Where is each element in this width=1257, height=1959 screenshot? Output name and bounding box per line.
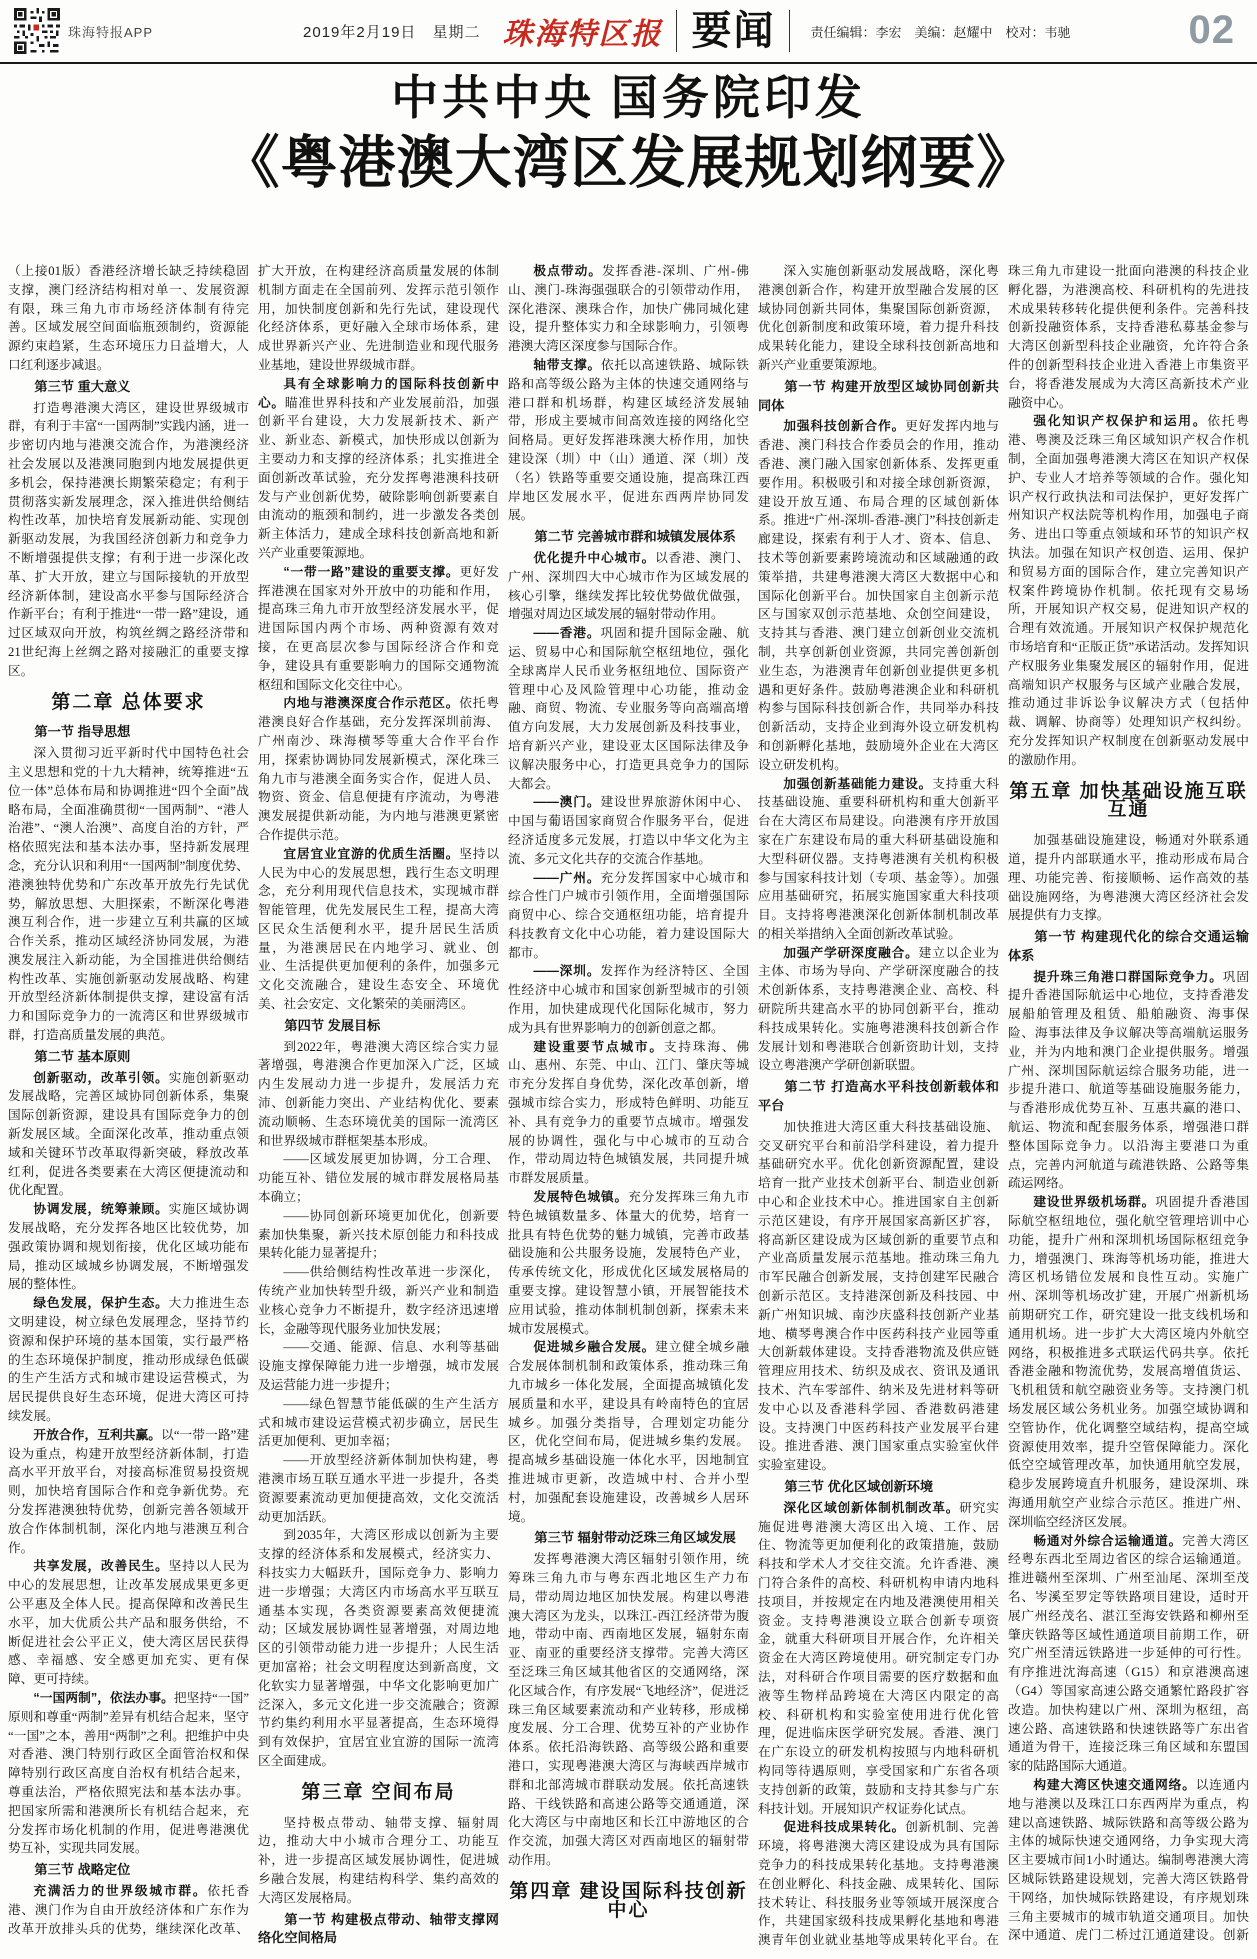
paragraph: ——澳门。建设世界旅游休闲中心、中国与葡语国家商贸合作服务平台，促进经济适度多元… [508,793,749,868]
paragraph: “一国两制”，依法办事。把坚持“一国”原则和尊重“两制”差异有机结合起来，坚守“… [8,1689,249,1858]
paragraph-lead: 协调发展，统筹兼顾。 [33,1202,168,1216]
paragraph-lead: 充满活力的世界级城市群。 [33,1884,207,1898]
paragraph: “一带一路”建设的重要支撑。更好发挥港澳在国家对外开放中的功能和作用，提高珠三角… [258,563,499,695]
paragraph-lead: 共享发展，改善民生。 [33,1559,168,1573]
section-heading: 第一节 构建现代化的综合交通运输体系 [1008,928,1249,966]
paragraph-lead: 强化知识产权保护和运用。 [1033,414,1207,428]
paragraph: 优化提升中心城市。以香港、澳门、广州、深圳四大中心城市作为区域发展的核心引擎，继… [508,549,749,624]
editors-credit: 责任编辑：李宏 美编：赵耀中 校对：韦驰 [810,22,1070,41]
paragraph-lead: ——澳门。 [533,795,600,809]
paragraph: （上接01版）香港经济增长缺乏持续稳固支撑，澳门经济结构相对单一、发展资源有限，… [8,262,249,375]
headline-line2: 《粤港澳大湾区发展规划纲要》 [0,130,1257,198]
section-heading: 第一节 指导思想 [8,723,249,742]
masthead: 珠海特报APP 2019年2月19日 星期二 珠海特区报 要闻 责任编辑：李宏 … [0,0,1257,64]
paragraph: 内地与港澳深度合作示范区。依托粤港澳良好合作基础，充分发挥深圳前海、广州南沙、珠… [258,694,499,844]
paragraph: 加快推进大湾区重大科技基础设施、交叉研究平台和前沿学科建设，着力提升基础研究水平… [758,1118,999,1475]
page-number: 02 [1189,8,1236,53]
paragraph: 共享发展，改善民生。坚持以人民为中心的发展思想，让改革发展成果更多更公平惠及全体… [8,1557,249,1689]
paragraph-lead: 促进城乡融合发展。 [533,1340,655,1354]
paragraph-lead: 轴带支撑。 [533,358,601,372]
paragraph: 建设世界级机场群。巩固提升香港国际航空枢纽地位，强化航空管理培训中心功能，提升广… [1008,1193,1249,1531]
paragraph: 发展特色城镇。充分发挥珠三角九市特色城镇数量多、体量大的优势，培育一批具有特色优… [508,1188,749,1338]
paragraph: 打造粤港澳大湾区，建设世界级城市群，有利于丰富“一国两制”实践内涵，进一步密切内… [8,399,249,681]
paragraph-lead: 创新驱动，改革引领。 [33,1071,168,1085]
section-heading: 第三节 辐射带动泛珠三角区域发展 [508,1529,749,1548]
paragraph: ——绿色智慧节能低碳的生产生活方式和城市建设运营模式初步确立，居民生活更加便利、… [258,1395,499,1451]
app-label: 珠海特报APP [68,22,153,41]
paragraph: ——广州。充分发挥国家中心城市和综合性门户城市引领作用，全面增强国际商贸中心、综… [508,869,749,963]
paragraph: 深入实施创新驱动发展战略，深化粤港澳创新合作，构建开放型融合发展的区域协同创新共… [758,262,999,375]
paragraph: 加强创新基础能力建设。支持重大科技基础设施、重要科研机构和重大创新平台在大湾区布… [758,775,999,944]
paragraph: 发挥粤港澳大湾区辐射引领作用，统筹珠三角九市与粤东西北地区生产力布局，带动周边地… [508,1550,749,1870]
paragraph-lead: 发展特色城镇。 [533,1190,628,1204]
paragraph: ——协同创新环境更加优化，创新要素加快集聚，新兴技术原创能力和科技成果转化能力显… [258,1207,499,1263]
paragraph: ——香港。巩固和提升国际金融、航运、贸易中心和国际航空枢纽地位，强化全球离岸人民… [508,624,749,793]
paragraph-lead: ——深圳。 [533,964,600,978]
paragraph-lead: 开放合作，互利共赢。 [33,1428,161,1442]
paragraph-lead: 加强产学研深度融合。 [783,946,918,960]
paragraph-lead: 优化提升中心城市。 [533,551,655,565]
paragraph: 轴带支撑。依托以高速铁路、城际铁路和高等级公路为主体的快速交通网络与港口群和机场… [508,356,749,525]
paragraph: 强化知识产权保护和运用。依托粤港、粤澳及泛珠三角区域知识产权合作机制，全面加强粤… [1008,412,1249,769]
paragraph: 绿色发展，保护生态。大力推进生态文明建设，树立绿色发展理念，坚持节约资源和保护环… [8,1294,249,1426]
headline: 中共中央 国务院印发 《粤港澳大湾区发展规划纲要》 [0,72,1257,198]
paragraph-lead: 具有全球影响力的国际科技创新中心。 [258,377,499,410]
paragraph: ——深圳。发挥作为经济特区、全国性经济中心城市和国家创新型城市的引领作用，加快建… [508,962,749,1037]
divider [789,10,790,52]
paragraph-lead: 加强科技创新合作。 [783,419,905,433]
paragraph-lead: 建设重要节点城市。 [533,1040,663,1054]
chapter-heading: 第三章 空间布局 [258,1784,499,1803]
paragraph-lead: ——广州。 [533,871,600,885]
headline-line1: 中共中央 国务院印发 [0,72,1257,126]
chapter-heading: 第二章 总体要求 [8,694,249,713]
paragraph: ——供给侧结构性改革进一步深化，传统产业加快转型升级，新兴产业和制造业核心竞争力… [258,1263,499,1338]
section-heading: 第三节 战略定位 [8,1861,249,1880]
paragraph: 提升珠三角港口群国际竞争力。巩固提升香港国际航运中心地位，支持香港发展船舶管理及… [1008,968,1249,1194]
paragraph-lead: 建设世界级机场群。 [1033,1195,1155,1209]
paragraph-lead: 构建大湾区快速交通网络。 [1033,1778,1195,1792]
section-heading: 第二节 打造高水平科技创新载体和平台 [758,1078,999,1116]
paragraph: 加强基础设施建设，畅通对外联系通道，提升内部联通水平，推动形成布局合理、功能完善… [1008,831,1249,925]
newspaper-page: 珠海特报APP 2019年2月19日 星期二 珠海特区报 要闻 责任编辑：李宏 … [0,0,1257,1959]
chapter-heading: 第四章 建设国际科技创新中心 [508,1883,749,1921]
section-heading: 第二节 基本原则 [8,1048,249,1067]
section-label: 要闻 [691,11,775,51]
paragraph-lead: 深化区域创新体制机制改革。 [783,1501,959,1515]
paragraph: 促进城乡融合发展。建立健全城乡融合发展体制机制和政策体系，推动珠三角九市城乡一体… [508,1338,749,1526]
section-heading: 第四节 发展目标 [258,1017,499,1036]
paragraph: 加强科技创新合作。更好发挥内地与香港、澳门科技合作委员会的作用，推动香港、澳门融… [758,417,999,774]
paragraph: 畅通对外综合运输通道。完善大湾区经粤东西北至周边省区的综合运输通道。推进赣州至深… [1008,1532,1249,1776]
paragraph: 到2035年，大湾区形成以创新为主要支撑的经济体系和发展模式，经济实力、科技实力… [258,1526,499,1770]
paragraph-lead: 绿色发展，保护生态。 [33,1296,168,1310]
paragraph: 到2022年，粤港澳大湾区综合实力显著增强，粤港澳合作更加深入广泛，区域内生发展… [258,1038,499,1151]
paragraph-lead: “一国两制”，依法办事。 [33,1691,173,1705]
paragraph: 开放合作，互利共赢。以“一带一路”建设为重点，构建开放型经济新体制，打造高水平开… [8,1426,249,1558]
article-columns: （上接01版）香港经济增长缺乏持续稳固支撑，澳门经济结构相对单一、发展资源有限，… [8,262,1249,1950]
paragraph-lead: 提升珠三角港口群国际竞争力。 [1033,970,1222,984]
paragraph: ——区域发展更加协调，分工合理、功能互补、错位发展的城市群发展格局基本确立； [258,1150,499,1206]
paragraph: ——交通、能源、信息、水利等基础设施支撑保障能力进一步增强，城市发展及运营能力进… [258,1338,499,1394]
paragraph: 建设重要节点城市。支持珠海、佛山、惠州、东莞、中山、江门、肇庆等城市充分发挥自身… [508,1038,749,1188]
paragraph: 极点带动。发挥香港-深圳、广州-佛山、澳门-珠海强强联合的引领带动作用，深化港深… [508,262,749,356]
paragraph: 协调发展，统筹兼顾。实施区域协调发展战略，充分发挥各地区比较优势，加强政策协调和… [8,1200,249,1294]
section-heading: 第一节 构建极点带动、轴带支撑网络化空间格局 [258,1911,499,1949]
section-heading: 第三节 优化区域创新环境 [758,1478,999,1497]
divider [676,10,677,52]
paragraph: 深入贯彻习近平新时代中国特色社会主义思想和党的十九大精神，统筹推进“五位一体”总… [8,744,249,1045]
paragraph: 宜居宜业宜游的优质生活圈。坚持以人民为中心的发展思想，践行生态文明理念，充分利用… [258,845,499,1014]
paragraph: 创新驱动，改革引领。实施创新驱动发展战略，完善区域协同创新体系，集聚国际创新资源… [8,1069,249,1201]
paragraph: ——开放型经济新体制加快构建，粤港澳市场互联互通水平进一步提升，各类资源要素流动… [258,1451,499,1526]
article-body: （上接01版）香港经济增长缺乏持续稳固支撑，澳门经济结构相对单一、发展资源有限，… [8,262,1249,1950]
paragraph: 具有全球影响力的国际科技创新中心。瞄准世界科技和产业发展前沿，加强创新平台建设，… [258,375,499,563]
paragraph-lead: 加强创新基础能力建设。 [783,777,932,791]
paragraph-lead: 畅通对外综合运输通道。 [1033,1534,1182,1548]
qr-code-icon [14,8,60,54]
section-heading: 第三节 重大意义 [8,378,249,397]
masthead-date: 2019年2月19日 星期二 [303,21,480,42]
paragraph: 加强产学研深度融合。建立以企业为主体、市场为导向、产学研深度融合的技术创新体系，… [758,944,999,1076]
paragraph-lead: 宜居宜业宜游的优质生活圈。 [283,847,459,861]
paragraph: 坚持极点带动、轴带支撑、辐射周边，推动大中小城市合理分工、功能互补，进一步提高区… [258,1814,499,1908]
paragraph: 深化区域创新体制机制改革。研究实施促进粤港澳大湾区出入境、工作、居住、物流等更加… [758,1499,999,1819]
section-heading: 第二节 完善城市群和城镇发展体系 [508,528,749,547]
paragraph-lead: ——香港。 [533,626,600,640]
chapter-heading: 第五章 加快基础设施互联互通 [1008,783,1249,821]
paper-logo: 珠海特区报 [502,9,662,53]
section-heading: 第一节 构建开放型区域协同创新共同体 [758,378,999,416]
paragraph-lead: “一带一路”建设的重要支撑。 [283,565,459,579]
paragraph-lead: 促进科技成果转化。 [783,1820,905,1834]
paragraph-lead: 内地与港澳深度合作示范区。 [283,696,459,710]
paragraph-lead: 极点带动。 [533,264,602,278]
